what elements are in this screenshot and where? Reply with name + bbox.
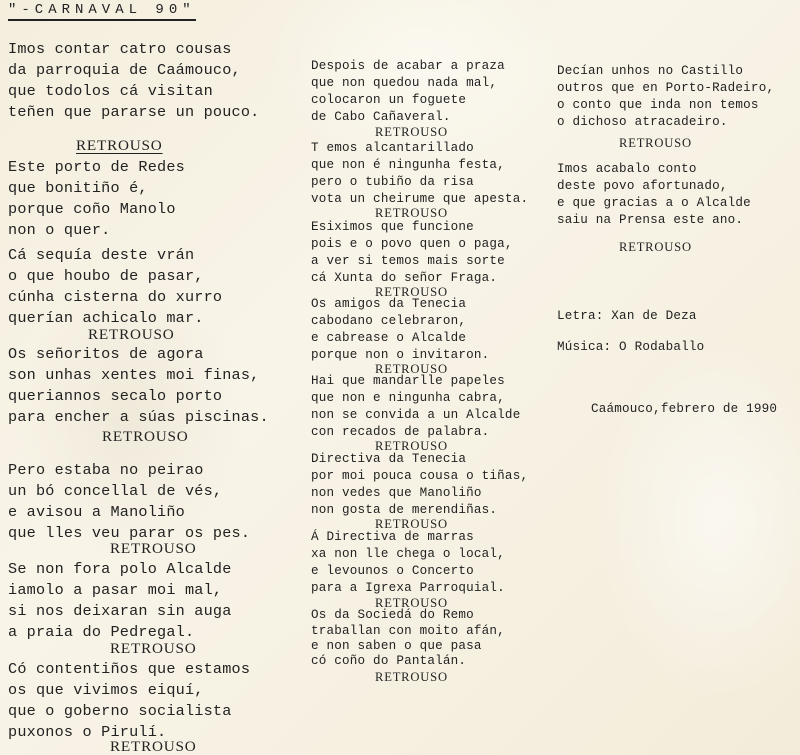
lyric-line: o que houbo de pasar,	[8, 267, 204, 285]
lyric-line: porque coño Manolo	[8, 200, 176, 218]
lyric-line: Hai que mandarlle papeles	[311, 374, 505, 388]
lyric-line: Imos contar catro cousas	[8, 40, 232, 58]
lyric-line: deste povo afortunado,	[557, 179, 728, 193]
lyric-line: para a Igrexa Parroquial.	[311, 581, 505, 595]
lyric-line: Esiximos que funcione	[311, 220, 474, 234]
lyric-line: que bonitiño é,	[8, 179, 148, 197]
refrain-label: RETROUSO	[619, 136, 692, 151]
lyric-line: e que gracias a o Alcalde	[557, 196, 751, 210]
refrain-label: RETROUSO	[619, 240, 692, 255]
lyric-line: Directiva da Tenecia	[311, 452, 466, 466]
lyric-line: xa non lle chega o local,	[311, 547, 505, 561]
lyric-line: có coño do Pantalán.	[311, 654, 466, 668]
refrain-label: RETROUSO	[88, 326, 175, 344]
lyric-line: que todolos cá visitan	[8, 82, 213, 100]
lyric-line: e levounos o Concerto	[311, 564, 474, 578]
lyric-line: iamolo a pasar moi mal,	[8, 581, 222, 599]
lyric-line: os que vivimos eiquí,	[8, 681, 204, 699]
lyric-line: Os da Sociedá do Remo	[311, 608, 474, 622]
lyric-line: para encher a súas piscinas.	[8, 408, 269, 426]
lyric-line: saiu na Prensa este ano.	[557, 213, 743, 227]
lyric-line: teñen que pararse un pouco.	[8, 103, 259, 121]
lyric-line: a praia do Pedregal.	[8, 623, 194, 641]
lyric-line: a ver si temos mais sorte	[311, 254, 505, 268]
lyric-line: son unhas xentes moi finas,	[8, 366, 259, 384]
lyric-line: Có contentiños que estamos	[8, 660, 250, 678]
music-credit: Música: O Rodaballo	[557, 340, 704, 354]
lyric-line: cabodano celebraron,	[311, 314, 466, 328]
lyric-line: cá Xunta do señor Fraga.	[311, 271, 497, 285]
lyric-line: Os señoritos de agora	[8, 345, 204, 363]
lyric-line: o conto que inda non temos	[557, 98, 759, 112]
lyric-line: o dichoso atracadeiro.	[557, 115, 728, 129]
lyric-line: da parroquia de Caámouco,	[8, 61, 241, 79]
lyric-line: non vedes que Manoliño	[311, 486, 482, 500]
lyric-line: vota un cheirume que apesta.	[311, 192, 528, 206]
refrain-label: RETROUSO	[76, 137, 163, 155]
lyric-line: que non e ningunha cabra,	[311, 391, 505, 405]
lyric-line: con recados de palabra.	[311, 425, 489, 439]
lyric-line: que non é ningunha festa,	[311, 158, 505, 172]
lyric-line: queriannos secalo porto	[8, 387, 222, 405]
lyric-line: outros que en Porto-Radeiro,	[557, 81, 774, 95]
refrain-label: RETROUSO	[375, 670, 448, 685]
lyric-line: que o goberno socialista	[8, 702, 232, 720]
lyric-line: que non quedou nada mal,	[311, 76, 497, 90]
lyric-line: Os amigos da Tenecia	[311, 297, 466, 311]
lyric-line: Decían unhos no Castillo	[557, 64, 743, 78]
lyric-line: querían achicalo mar.	[8, 309, 204, 327]
lyric-line: por moi pouca cousa o tiñas,	[311, 469, 528, 483]
refrain-label: RETROUSO	[375, 206, 448, 221]
lyric-line: Á Directiva de marras	[311, 530, 474, 544]
lyric-line: traballan con moito afán,	[311, 624, 505, 638]
lyric-line: de Cabo Cañaveral.	[311, 110, 451, 124]
refrain-label: RETROUSO	[102, 428, 189, 446]
refrain-label: RETROUSO	[110, 738, 197, 755]
lyric-line: Se non fora polo Alcalde	[8, 560, 232, 578]
lyric-line: cúnha cisterna do xurro	[8, 288, 222, 306]
lyric-line: T emos alcantarillado	[311, 141, 474, 155]
lyric-line: non se convida a un Alcalde	[311, 408, 520, 422]
lyric-line: e avisou a Manoliño	[8, 503, 185, 521]
refrain-label: RETROUSO	[375, 125, 448, 140]
lyric-line: colocaron un foguete	[311, 93, 466, 107]
lyric-line: pois e o povo quen o paga,	[311, 237, 513, 251]
lyric-line: un bó concellal de vés,	[8, 482, 222, 500]
lyric-line: e cabrease o Alcalde	[311, 331, 466, 345]
lyric-line: Pero estaba no peirao	[8, 461, 204, 479]
lyric-line: non o quer.	[8, 221, 110, 239]
lyric-line: non gosta de merendiñas.	[311, 503, 497, 517]
lyric-line: Cá sequía deste vrán	[8, 246, 194, 264]
place-date: Caámouco,febrero de 1990	[591, 402, 777, 416]
lyric-line: si nos deixaran sin auga	[8, 602, 232, 620]
lyric-line: Imos acabalo conto	[557, 162, 697, 176]
refrain-label: RETROUSO	[110, 640, 197, 658]
lyric-line: Este porto de Redes	[8, 158, 185, 176]
song-title: "-CARNAVAL 90"	[8, 2, 196, 21]
lyrics-credit: Letra: Xan de Deza	[557, 309, 697, 323]
lyric-line: porque non o invitaron.	[311, 348, 489, 362]
lyric-line: pero o tubiño da risa	[311, 175, 474, 189]
lyric-line: e non saben o que pasa	[311, 639, 482, 653]
lyric-line: Despois de acabar a praza	[311, 59, 505, 73]
refrain-label: RETROUSO	[110, 540, 197, 558]
